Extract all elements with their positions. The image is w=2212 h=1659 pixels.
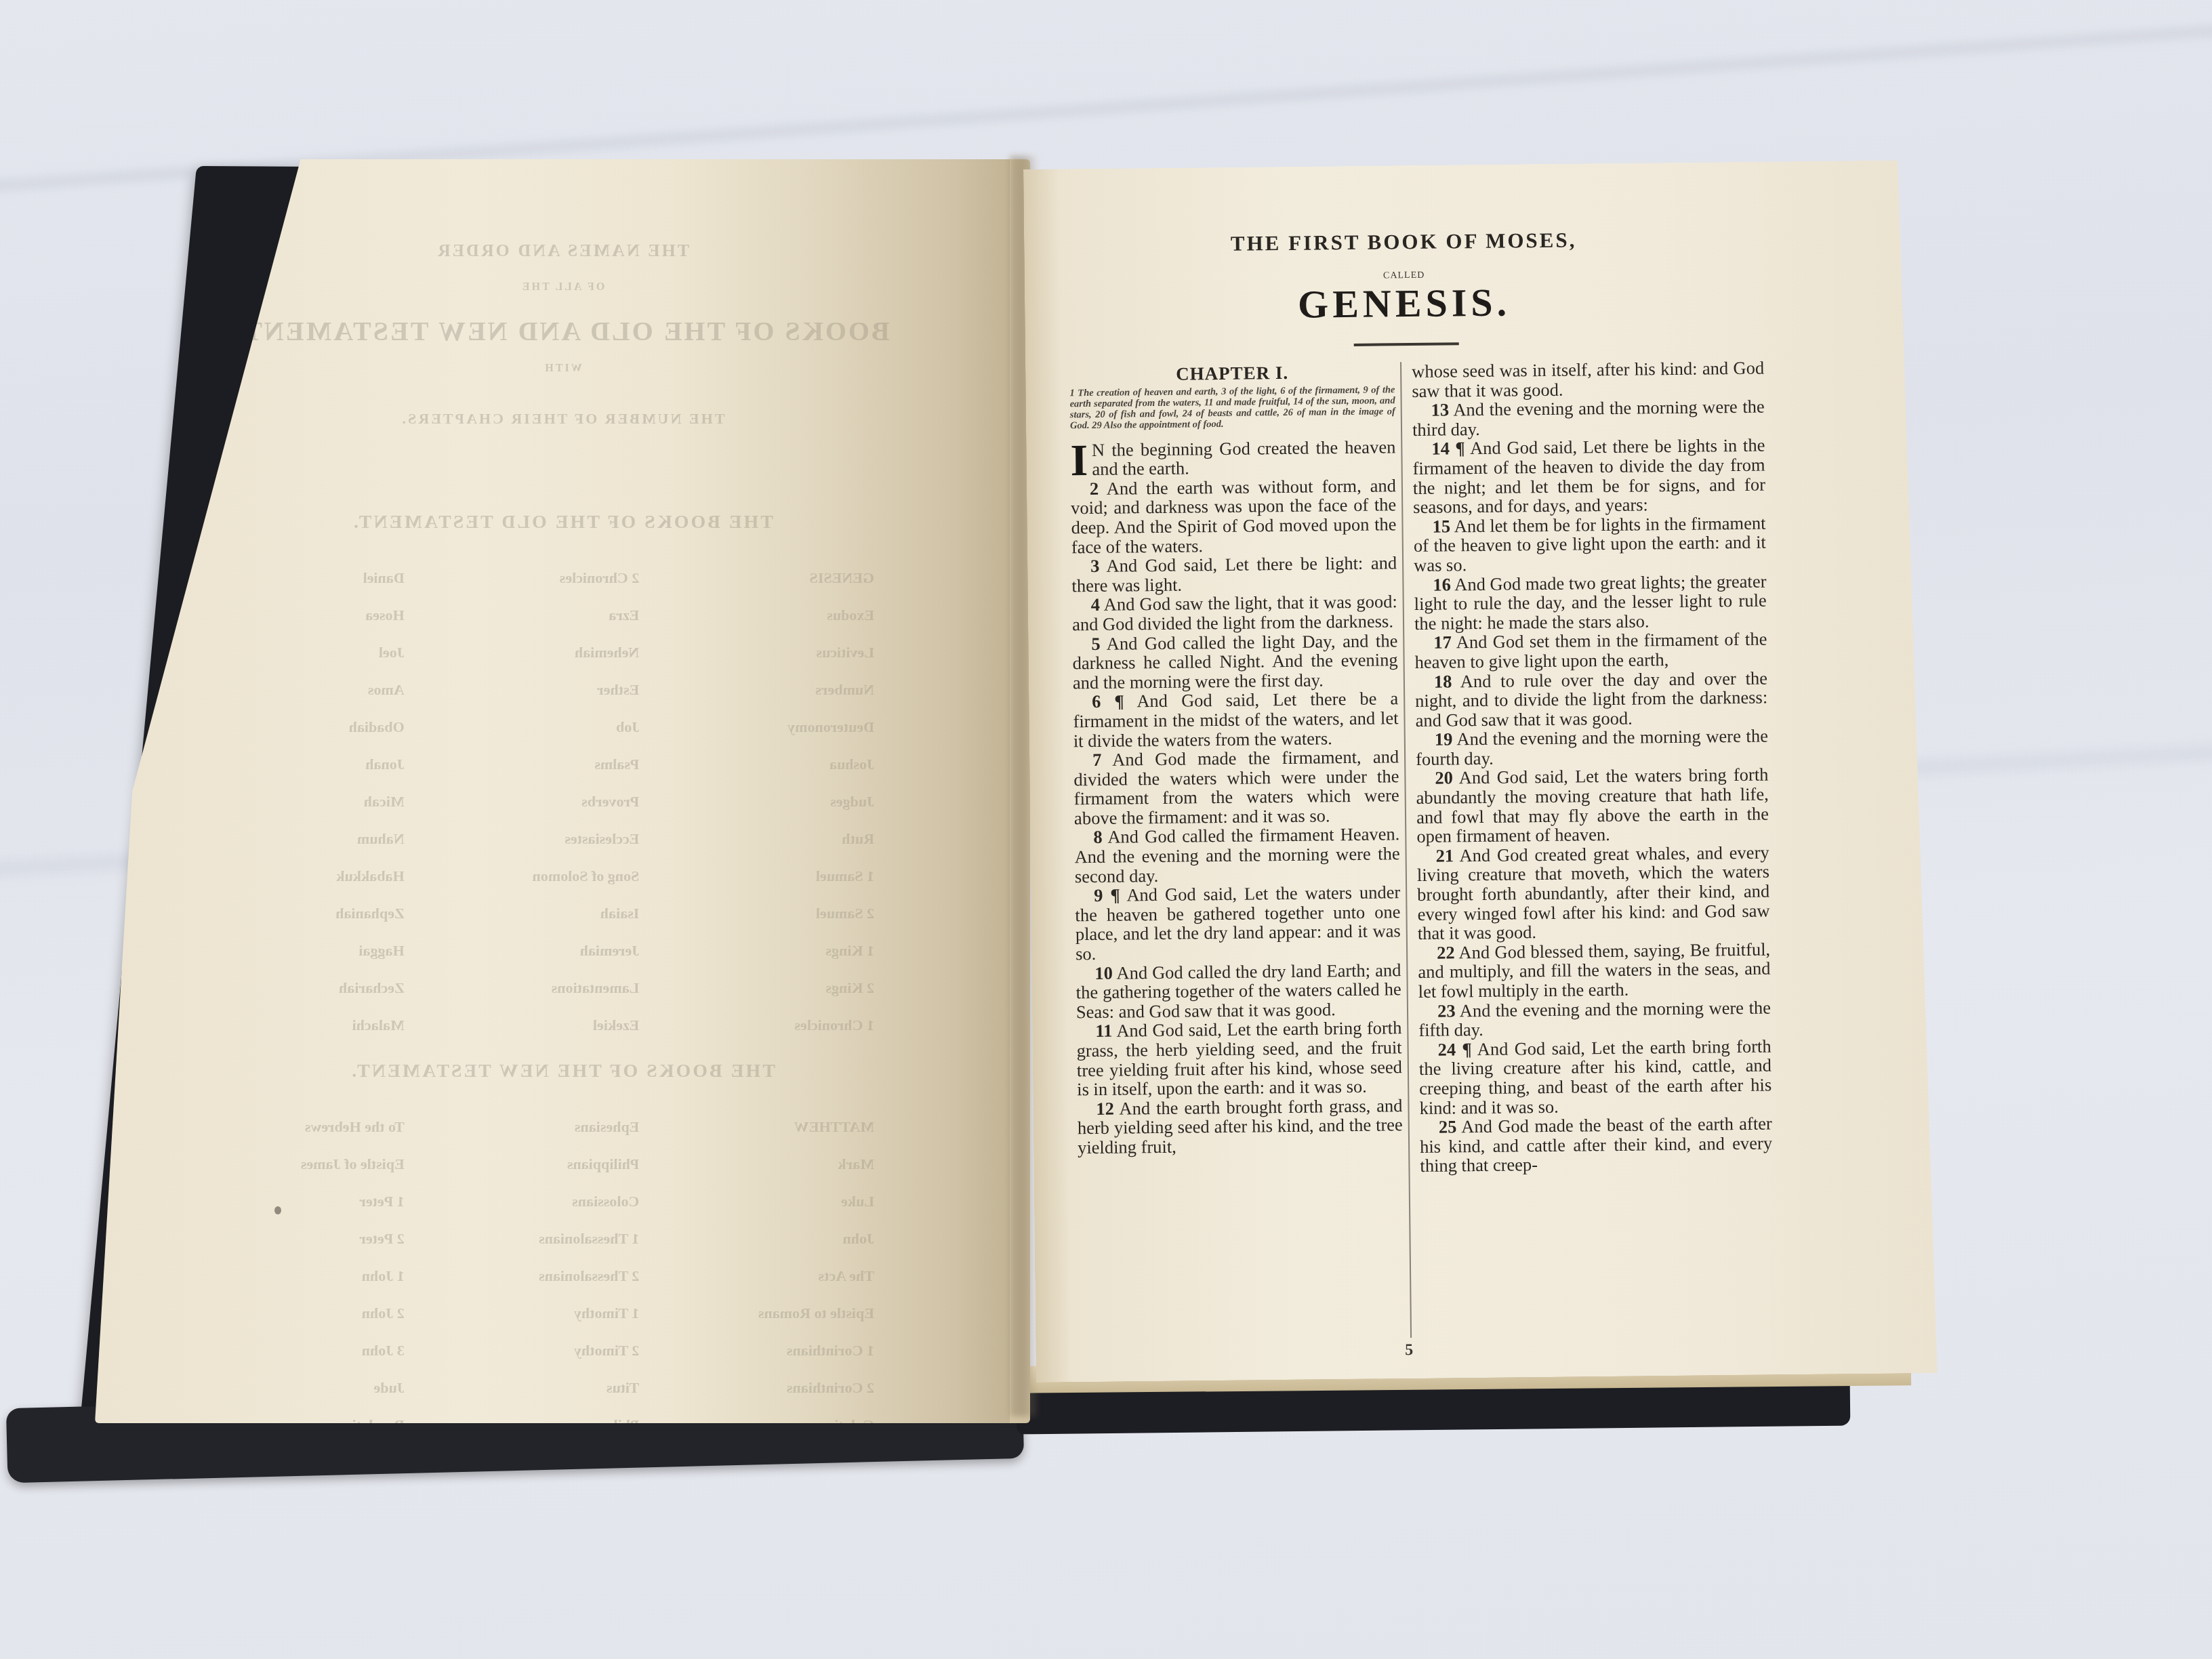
verse-23: 23 And the evening and the morning were … bbox=[1418, 998, 1771, 1040]
verse-3: 3 And God said, Let there be light: and … bbox=[1071, 553, 1397, 595]
verse-21: 21 And God created great whales, and eve… bbox=[1416, 842, 1769, 943]
verse-24: 24 ¶ And God said, Let the earth bring f… bbox=[1418, 1036, 1771, 1118]
verse-18: 18 And to rule over the day and over the… bbox=[1415, 668, 1768, 730]
verse-8: 8 And God called the firmament Heaven. A… bbox=[1074, 825, 1400, 886]
verse-9: 9 ¶ And God said, Let the waters under t… bbox=[1075, 882, 1401, 963]
text-column-right: whose seed was in itself, after his kind… bbox=[1412, 359, 1773, 1176]
verse-4: 4 And God saw the light, that it was goo… bbox=[1072, 592, 1398, 634]
title-rule bbox=[1354, 342, 1459, 346]
verse-2: 2 And the earth was without form, and vo… bbox=[1071, 476, 1397, 556]
verse-25: 25 And God made the beast of the earth a… bbox=[1420, 1114, 1773, 1176]
verse-19: 19 And the evening and the morning were … bbox=[1416, 726, 1769, 769]
page-number: 5 bbox=[1405, 1341, 1413, 1359]
paper-blemish bbox=[274, 1206, 281, 1214]
verse-20: 20 And God said, Let the waters bring fo… bbox=[1416, 765, 1769, 846]
book-name: GENESIS. bbox=[1025, 276, 1784, 330]
verse-7: 7 And God made the firmament, and divide… bbox=[1073, 747, 1399, 827]
text-column-left: CHAPTER I. 1 The creation of heaven and … bbox=[1069, 362, 1403, 1158]
verse-13: 13 And the evening and the morning were … bbox=[1412, 397, 1765, 440]
verse-16: 16 And God made two great lights; the gr… bbox=[1414, 571, 1767, 633]
page-shadow bbox=[671, 159, 1010, 1423]
book: THE NAMES AND ORDER OF ALL THE BOOKS OF … bbox=[0, 0, 2212, 1659]
verse-1: IN the beginning God created the heaven … bbox=[1070, 437, 1396, 479]
verse-17: 17 And God set them in the firmament of … bbox=[1414, 630, 1767, 672]
column-divider bbox=[1400, 362, 1412, 1338]
verse-22: 22 And God blessed them, saying, Be frui… bbox=[1418, 939, 1771, 1001]
verse-12: 12 And the earth brought forth grass, an… bbox=[1077, 1096, 1403, 1158]
chapter-heading: CHAPTER I. bbox=[1069, 362, 1395, 385]
drop-cap: I bbox=[1070, 443, 1088, 478]
verse-11: 11 And God said, Let the earth bring for… bbox=[1076, 1019, 1402, 1099]
verse-15: 15 And let them be for lights in the fir… bbox=[1413, 513, 1766, 575]
book-title: THE FIRST BOOK OF MOSES, bbox=[1024, 226, 1783, 258]
verse-6: 6 ¶ And God said, Let there be a firmame… bbox=[1073, 689, 1399, 751]
verse-12-cont: whose seed was in itself, after his kind… bbox=[1412, 359, 1765, 401]
right-page[interactable]: THE FIRST BOOK OF MOSES, CALLED GENESIS.… bbox=[1023, 160, 1938, 1382]
verse-10: 10 And God called the dry land Earth; an… bbox=[1076, 960, 1401, 1022]
verse-14: 14 ¶ And God said, Let there be lights i… bbox=[1412, 436, 1765, 517]
verse-5: 5 And God called the light Day, and the … bbox=[1072, 631, 1398, 693]
chapter-synopsis: 1 The creation of heaven and earth, 3 of… bbox=[1069, 384, 1395, 431]
